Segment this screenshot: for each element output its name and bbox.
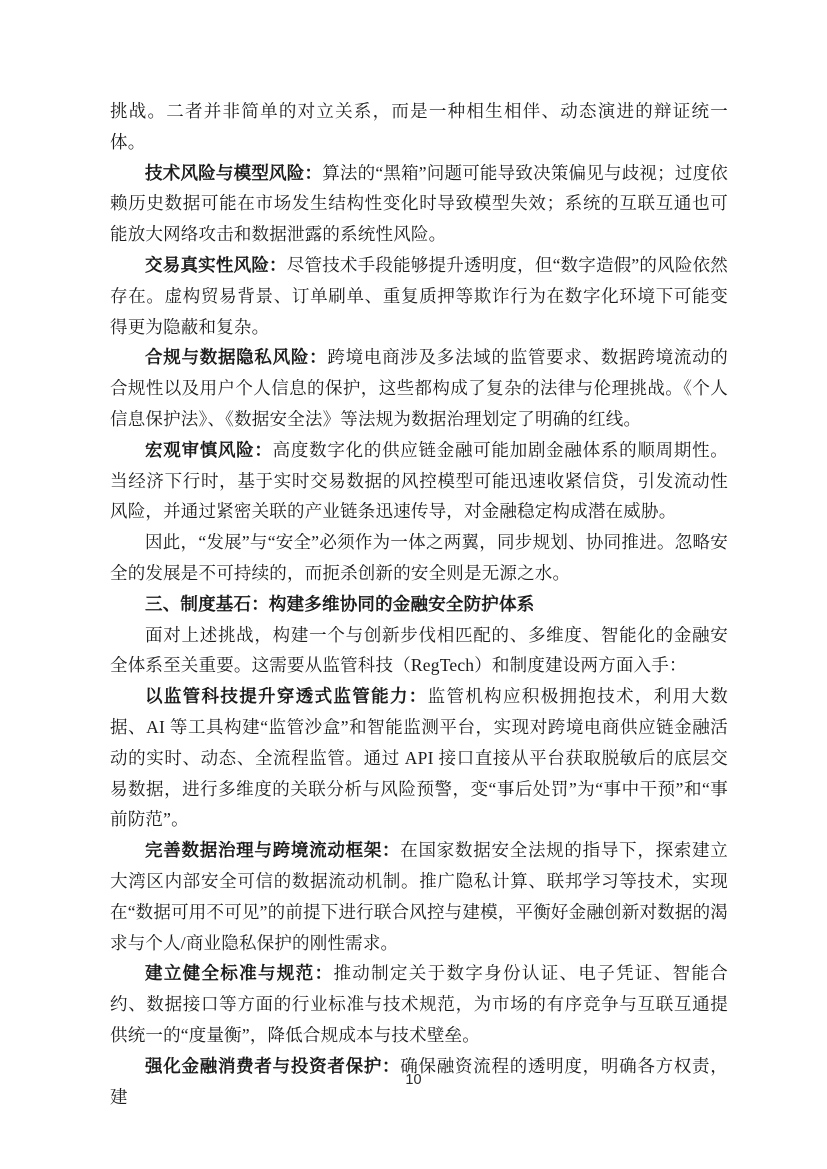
body-paragraph: 以监管科技提升穿透式监管能力：监管机构应积极拥抱技术，利用大数据、AI 等工具构… (110, 681, 728, 835)
body-paragraph: 完善数据治理与跨境流动框架：在国家数据安全法规的指导下，探索建立大湾区内部安全可… (110, 835, 728, 958)
section-heading: 三、制度基石：构建多维协同的金融安全防护体系 (110, 589, 728, 620)
body-paragraph: 技术风险与模型风险：算法的“黑箱”问题可能导致决策偏见与歧视；过度依赖历史数据可… (110, 158, 728, 250)
body-paragraph: 建立健全标准与规范：推动制定关于数字身份认证、电子凭证、智能合约、数据接口等方面… (110, 958, 728, 1050)
body-paragraph: 挑战。二者并非简单的对立关系，而是一种相生相伴、动态演进的辩证统一体。 (110, 96, 728, 158)
paragraph-lead-label: 交易真实性风险： (145, 255, 287, 275)
paragraph-lead-label: 建立健全标准与规范： (145, 963, 333, 983)
page-number: 10 (405, 1072, 421, 1088)
paragraph-lead-label: 技术风险与模型风险： (145, 163, 322, 183)
body-paragraph: 交易真实性风险：尽管技术手段能够提升透明度，但“数字造假”的风险依然存在。虚构贸… (110, 250, 728, 342)
body-paragraph: 宏观审慎风险：高度数字化的供应链金融可能加剧金融体系的顺周期性。当经济下行时，基… (110, 435, 728, 527)
paragraph-lead-label: 宏观审慎风险： (145, 440, 273, 460)
paragraph-lead-label: 完善数据治理与跨境流动框架： (145, 840, 400, 860)
body-paragraph: 因此，“发展”与“安全”必须作为一体之两翼，同步规划、协同推进。忽略安全的发展是… (110, 527, 728, 589)
body-paragraph: 合规与数据隐私风险：跨境电商涉及多法域的监管要求、数据跨境流动的合规性以及用户个… (110, 342, 728, 434)
document-page: 挑战。二者并非简单的对立关系，而是一种相生相伴、动态演进的辩证统一体。技术风险与… (0, 0, 827, 1169)
page-footer: 10 (0, 1071, 827, 1089)
body-paragraph: 面对上述挑战，构建一个与创新步伐相匹配的、多维度、智能化的金融安全体系至关重要。… (110, 620, 728, 682)
paragraph-lead-label: 合规与数据隐私风险： (145, 347, 327, 367)
document-body: 挑战。二者并非简单的对立关系，而是一种相生相伴、动态演进的辩证统一体。技术风险与… (110, 96, 728, 1112)
paragraph-lead-label: 以监管科技提升穿透式监管能力： (145, 686, 428, 706)
